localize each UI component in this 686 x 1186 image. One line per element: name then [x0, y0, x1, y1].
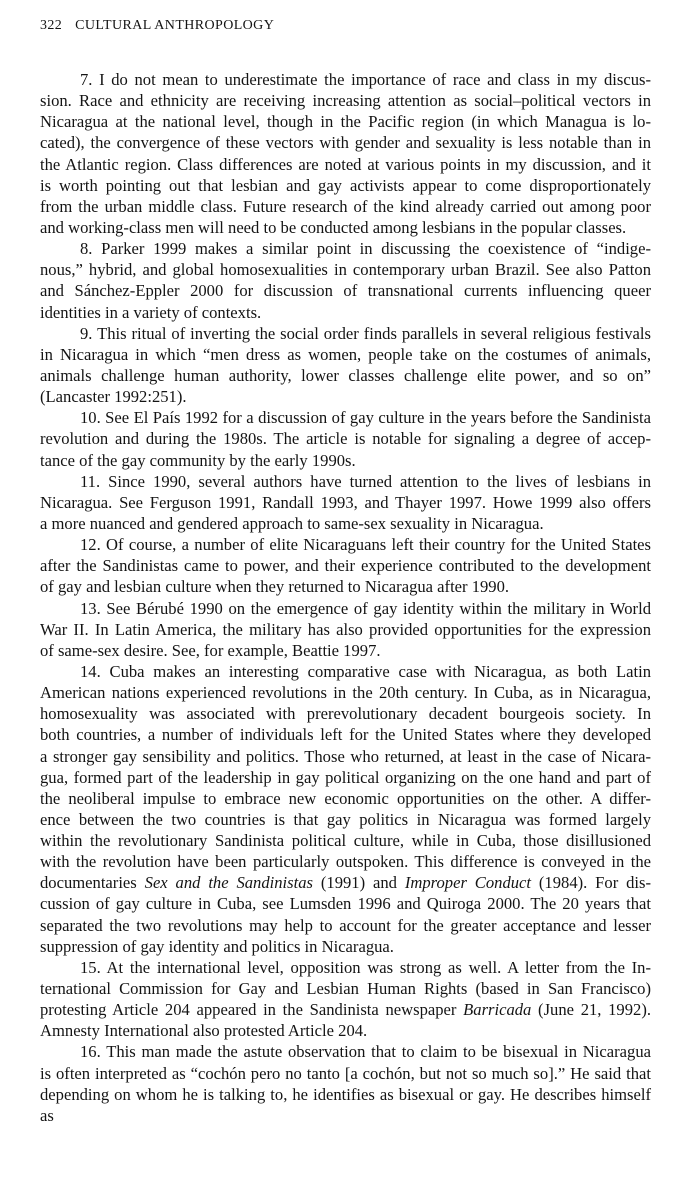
line-segment: (1984). For dis- [531, 873, 651, 892]
line-text: 13. See Bérubé 1990 on the emergence of … [80, 598, 651, 619]
endnote-line: both countries, a number of individuals … [40, 724, 651, 745]
endnote-line: protesting Article 204 appeared in the S… [40, 999, 651, 1020]
page-number: 322 [40, 18, 62, 33]
line-text: Nicaragua at the national level, though … [40, 111, 651, 132]
line-text: separated the two revolutions may help t… [40, 915, 651, 936]
line-segment: (June 21, 1992). [531, 1000, 651, 1019]
endnote-line: sion. Race and ethnicity are receiving i… [40, 90, 651, 111]
running-head: 322 CULTURAL ANTHROPOLOGY [40, 18, 274, 34]
line-text: animals challenge human authority, lower… [40, 365, 651, 386]
endnote-line: from the urban middle class. Future rese… [40, 196, 651, 217]
line-text: a stronger gay sensibility and politics.… [40, 746, 651, 767]
endnote-14: 14. Cuba makes an interesting comparativ… [40, 661, 651, 957]
endnote-line: suppression of gay identity and politics… [40, 936, 651, 957]
line-text: 12. Of course, a number of elite Nicarag… [80, 534, 651, 555]
endnote-line: War II. In Latin America, the military h… [40, 619, 651, 640]
line-text: suppression of gay identity and politics… [40, 936, 651, 957]
line-text: both countries, a number of individuals … [40, 724, 651, 745]
endnote-line: Amnesty International also protested Art… [40, 1020, 651, 1041]
endnote-line: animals challenge human authority, lower… [40, 365, 651, 386]
line-text: gua, formed part of the leadership in ga… [40, 767, 651, 788]
line-text: cated), the convergence of these vectors… [40, 132, 651, 153]
line-text: American nations experienced revolutions… [40, 682, 651, 703]
endnote-line: within the revolutionary Sandinista poli… [40, 830, 651, 851]
endnote-line: of same-sex desire. See, for example, Be… [40, 640, 651, 661]
line-text: 14. Cuba makes an interesting comparativ… [80, 661, 651, 682]
endnote-8: 8. Parker 1999 makes a similar point in … [40, 238, 651, 323]
line-text: documentaries Sex and the Sandinistas (1… [40, 872, 651, 893]
endnote-first-line: 14. Cuba makes an interesting comparativ… [40, 661, 651, 682]
journal-title: CULTURAL ANTHROPOLOGY [75, 18, 274, 33]
endnote-first-line: 16. This man made the astute observation… [40, 1041, 651, 1062]
line-text: of same-sex desire. See, for example, Be… [40, 640, 651, 661]
line-text: with the revolution have been particular… [40, 851, 651, 872]
line-text: 8. Parker 1999 makes a similar point in … [80, 238, 651, 259]
line-text: 7. I do not mean to underestimate the im… [80, 69, 651, 90]
endnote-line: a stronger gay sensibility and politics.… [40, 746, 651, 767]
line-text: a more nuanced and gendered approach to … [40, 513, 651, 534]
line-text: 16. This man made the astute observation… [80, 1041, 651, 1062]
line-segment: (1991) and [313, 873, 405, 892]
endnote-line: revolution and during the 1980s. The art… [40, 428, 651, 449]
endnote-line: Nicaragua. See Ferguson 1991, Randall 19… [40, 492, 651, 513]
endnote-first-line: 9. This ritual of inverting the social o… [40, 323, 651, 344]
line-text: sion. Race and ethnicity are receiving i… [40, 90, 651, 111]
endnotes-body: 7. I do not mean to underestimate the im… [40, 69, 651, 1105]
line-text: 9. This ritual of inverting the social o… [80, 323, 651, 344]
line-text: cussion of gay culture in Cuba, see Lums… [40, 893, 651, 914]
endnote-line: homosexuality was associated with prerev… [40, 703, 651, 724]
line-text: 11. Since 1990, several authors have tur… [80, 471, 651, 492]
endnote-line: identities in a variety of contexts. [40, 302, 651, 323]
endnote-first-line: 15. At the international level, oppositi… [40, 957, 651, 978]
endnote-10: 10. See El País 1992 for a discussion of… [40, 407, 651, 470]
endnote-line: documentaries Sex and the Sandinistas (1… [40, 872, 651, 893]
line-text: revolution and during the 1980s. The art… [40, 428, 651, 449]
endnote-line: separated the two revolutions may help t… [40, 915, 651, 936]
line-text: the neoliberal impulse to embrace new ec… [40, 788, 651, 809]
endnote-line: after the Sandinistas came to power, and… [40, 555, 651, 576]
endnote-line: cated), the convergence of these vectors… [40, 132, 651, 153]
line-text: ternational Commission for Gay and Lesbi… [40, 978, 651, 999]
endnote-first-line: 13. See Bérubé 1990 on the emergence of … [40, 598, 651, 619]
endnote-first-line: 7. I do not mean to underestimate the im… [40, 69, 651, 90]
endnote-first-line: 10. See El País 1992 for a discussion of… [40, 407, 651, 428]
endnote-line: is worth pointing out that lesbian and g… [40, 175, 651, 196]
endnote-line: ence between the two countries is that g… [40, 809, 651, 830]
endnote-12: 12. Of course, a number of elite Nicarag… [40, 534, 651, 597]
endnote-line: Nicaragua at the national level, though … [40, 111, 651, 132]
line-text: nous,” hybrid, and global homosexualitie… [40, 259, 651, 280]
endnote-line: depending on whom he is talking to, he i… [40, 1084, 651, 1105]
endnote-11: 11. Since 1990, several authors have tur… [40, 471, 651, 534]
endnote-line: with the revolution have been particular… [40, 851, 651, 872]
line-segment: protesting Article 204 appeared in the S… [40, 1000, 463, 1019]
line-text: War II. In Latin America, the military h… [40, 619, 651, 640]
line-text: and working-class men will need to be co… [40, 217, 651, 238]
line-text: 15. At the international level, oppositi… [80, 957, 651, 978]
endnote-line: of gay and lesbian culture when they ret… [40, 576, 651, 597]
endnote-13: 13. See Bérubé 1990 on the emergence of … [40, 598, 651, 661]
endnote-line: American nations experienced revolutions… [40, 682, 651, 703]
endnote-15: 15. At the international level, oppositi… [40, 957, 651, 1042]
line-segment: documentaries [40, 873, 145, 892]
line-text: is worth pointing out that lesbian and g… [40, 175, 651, 196]
endnote-line: (Lancaster 1992:251). [40, 386, 651, 407]
line-text: is often interpreted as “cochón pero no … [40, 1063, 651, 1084]
italic-title: Improper Conduct [405, 873, 531, 892]
endnote-line: cussion of gay culture in Cuba, see Lums… [40, 893, 651, 914]
endnote-line: nous,” hybrid, and global homosexualitie… [40, 259, 651, 280]
line-text: depending on whom he is talking to, he i… [40, 1084, 651, 1126]
endnote-line: and Sánchez-Eppler 2000 for discussion o… [40, 280, 651, 301]
line-text: from the urban middle class. Future rese… [40, 196, 651, 217]
line-text: ence between the two countries is that g… [40, 809, 651, 830]
endnote-line: gua, formed part of the leadership in ga… [40, 767, 651, 788]
line-text: 10. See El País 1992 for a discussion of… [80, 407, 651, 428]
endnote-line: in Nicaragua in which “men dress as wome… [40, 344, 651, 365]
endnote-line: ternational Commission for Gay and Lesbi… [40, 978, 651, 999]
endnote-7: 7. I do not mean to underestimate the im… [40, 69, 651, 238]
italic-title: Barricada [463, 1000, 531, 1019]
endnote-line: the Atlantic region. Class differences a… [40, 154, 651, 175]
line-text: Nicaragua. See Ferguson 1991, Randall 19… [40, 492, 651, 513]
line-text: identities in a variety of contexts. [40, 302, 651, 323]
endnote-line: is often interpreted as “cochón pero no … [40, 1063, 651, 1084]
line-text: tance of the gay community by the early … [40, 450, 651, 471]
endnote-first-line: 8. Parker 1999 makes a similar point in … [40, 238, 651, 259]
line-text: in Nicaragua in which “men dress as wome… [40, 344, 651, 365]
line-text: the Atlantic region. Class differences a… [40, 154, 651, 175]
italic-title: Sex and the Sandinistas [145, 873, 313, 892]
endnote-line: tance of the gay community by the early … [40, 450, 651, 471]
endnote-first-line: 12. Of course, a number of elite Nicarag… [40, 534, 651, 555]
endnote-line: a more nuanced and gendered approach to … [40, 513, 651, 534]
line-text: within the revolutionary Sandinista poli… [40, 830, 651, 851]
endnote-16: 16. This man made the astute observation… [40, 1041, 651, 1104]
endnote-first-line: 11. Since 1990, several authors have tur… [40, 471, 651, 492]
line-text: after the Sandinistas came to power, and… [40, 555, 651, 576]
endnote-line: and working-class men will need to be co… [40, 217, 651, 238]
line-text: homosexuality was associated with prerev… [40, 703, 651, 724]
line-text: of gay and lesbian culture when they ret… [40, 576, 651, 597]
line-text: (Lancaster 1992:251). [40, 386, 651, 407]
endnote-line: the neoliberal impulse to embrace new ec… [40, 788, 651, 809]
endnote-9: 9. This ritual of inverting the social o… [40, 323, 651, 408]
line-text: and Sánchez-Eppler 2000 for discussion o… [40, 280, 651, 301]
line-text: protesting Article 204 appeared in the S… [40, 999, 651, 1020]
line-text: Amnesty International also protested Art… [40, 1020, 651, 1041]
